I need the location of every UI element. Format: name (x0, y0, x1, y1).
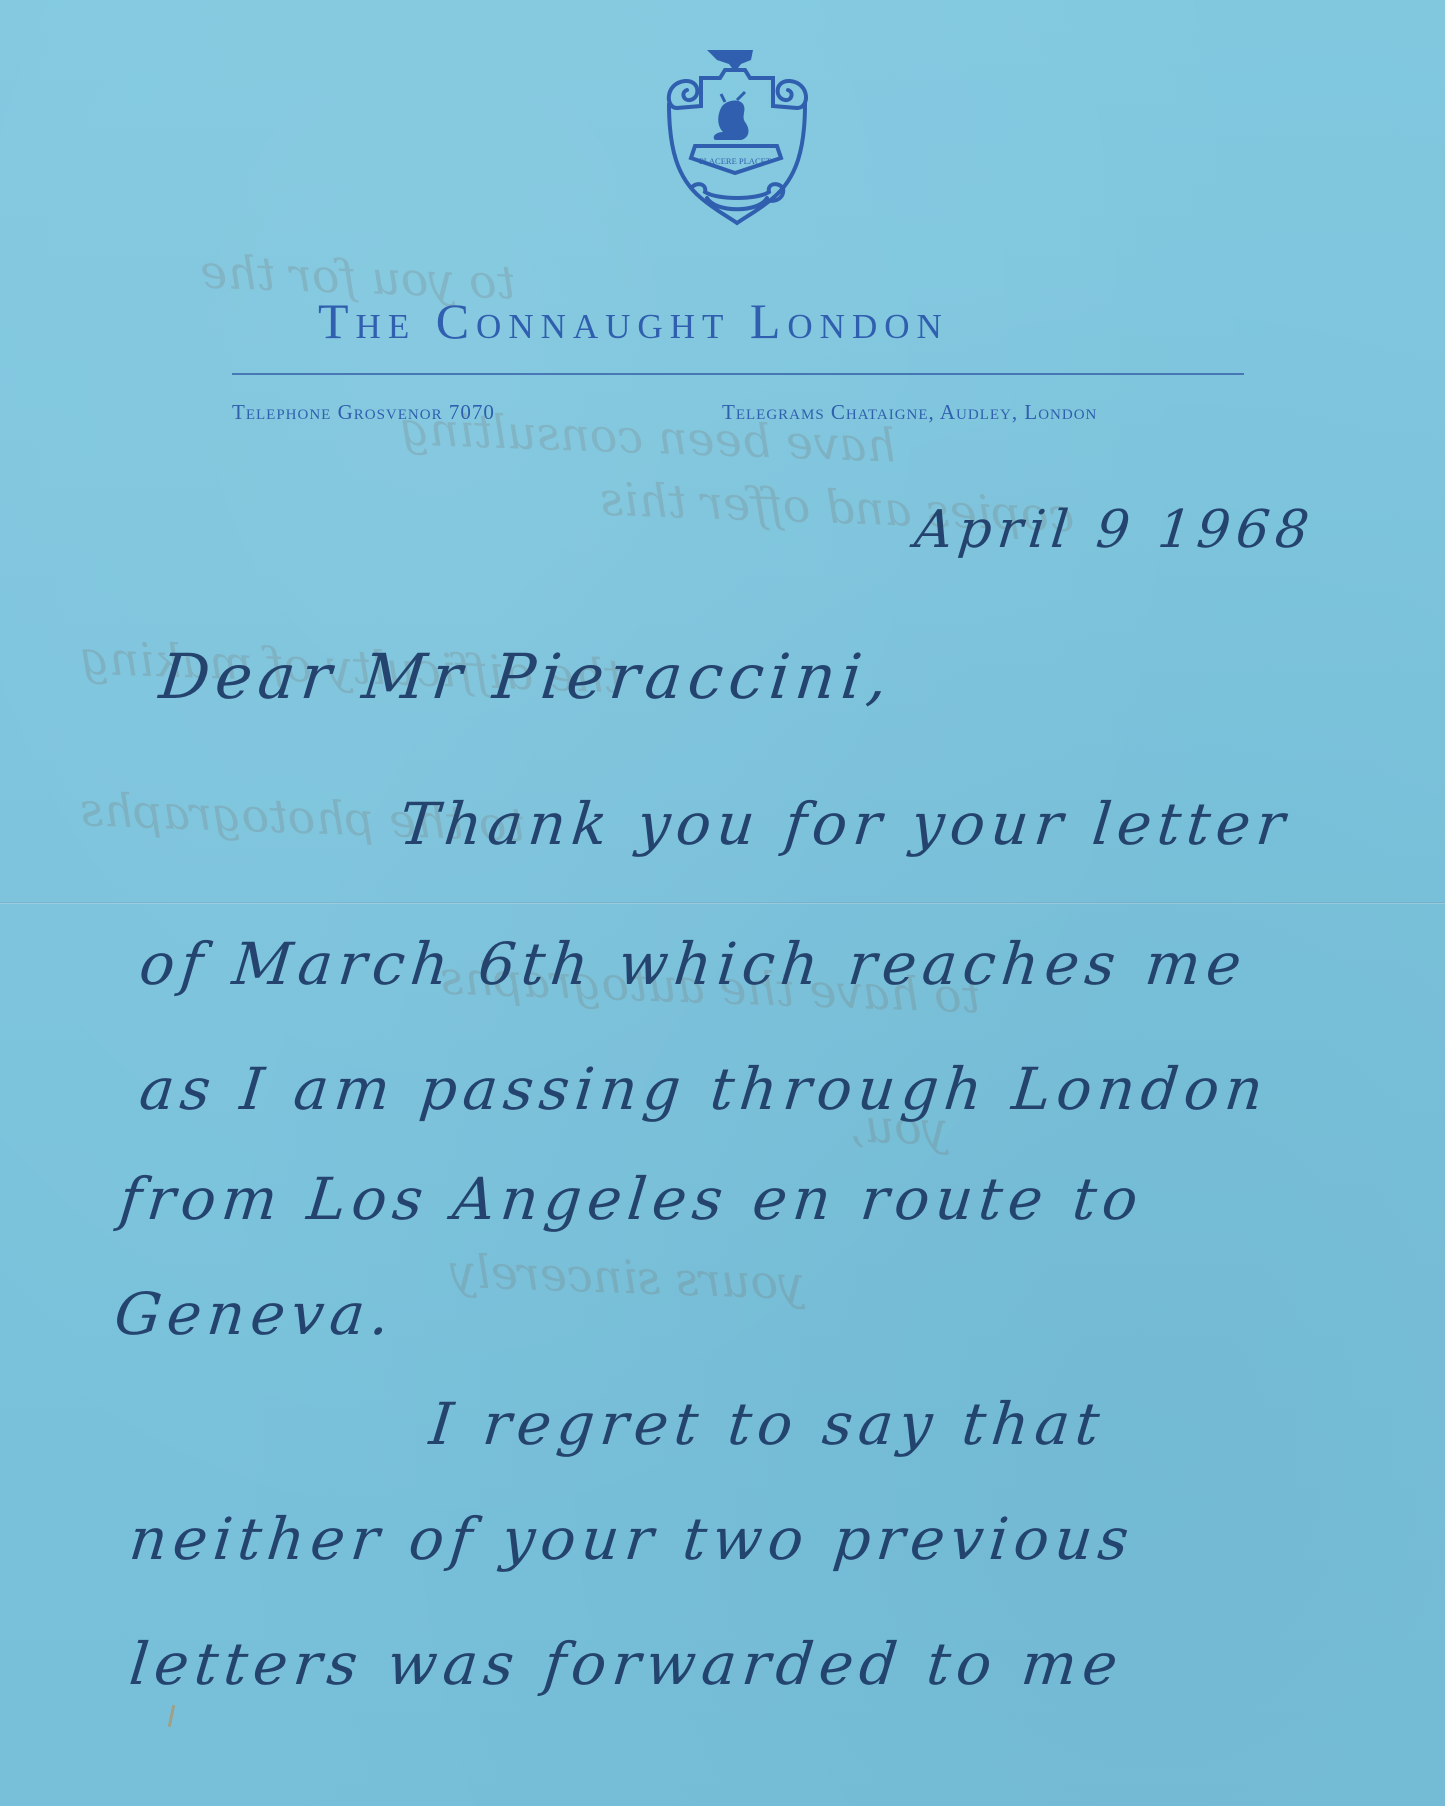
letter-line: Thank you for your letter (396, 790, 1293, 858)
letter-date: April 9 1968 (912, 500, 1318, 560)
letterhead-title: The Connaught London (318, 292, 1163, 350)
letter-line: letters was forwarded to me (126, 1630, 1126, 1698)
letter-line: Geneva. (111, 1280, 398, 1348)
telegrams-info: Telegrams Chataigne, Audley, London (722, 400, 1097, 425)
letterhead-rule (232, 373, 1244, 375)
crest-motto: PLACERE PLACET (699, 156, 772, 166)
fold-crease (0, 902, 1445, 904)
letter-line: neither of your two previous (126, 1505, 1137, 1573)
hotel-crest-icon: PLACERE PLACET (655, 38, 820, 233)
letter-line: of March 6th which reaches me (136, 930, 1250, 998)
letter-line: from Los Angeles en route to (116, 1165, 1147, 1233)
telephone-info: Telephone Grosvenor 7070 (232, 400, 495, 425)
letter-line: I regret to say that (426, 1390, 1108, 1458)
letter-salutation: Dear Mr Pieraccini, (156, 640, 897, 713)
letter-line: as I am passing through London (136, 1055, 1272, 1123)
